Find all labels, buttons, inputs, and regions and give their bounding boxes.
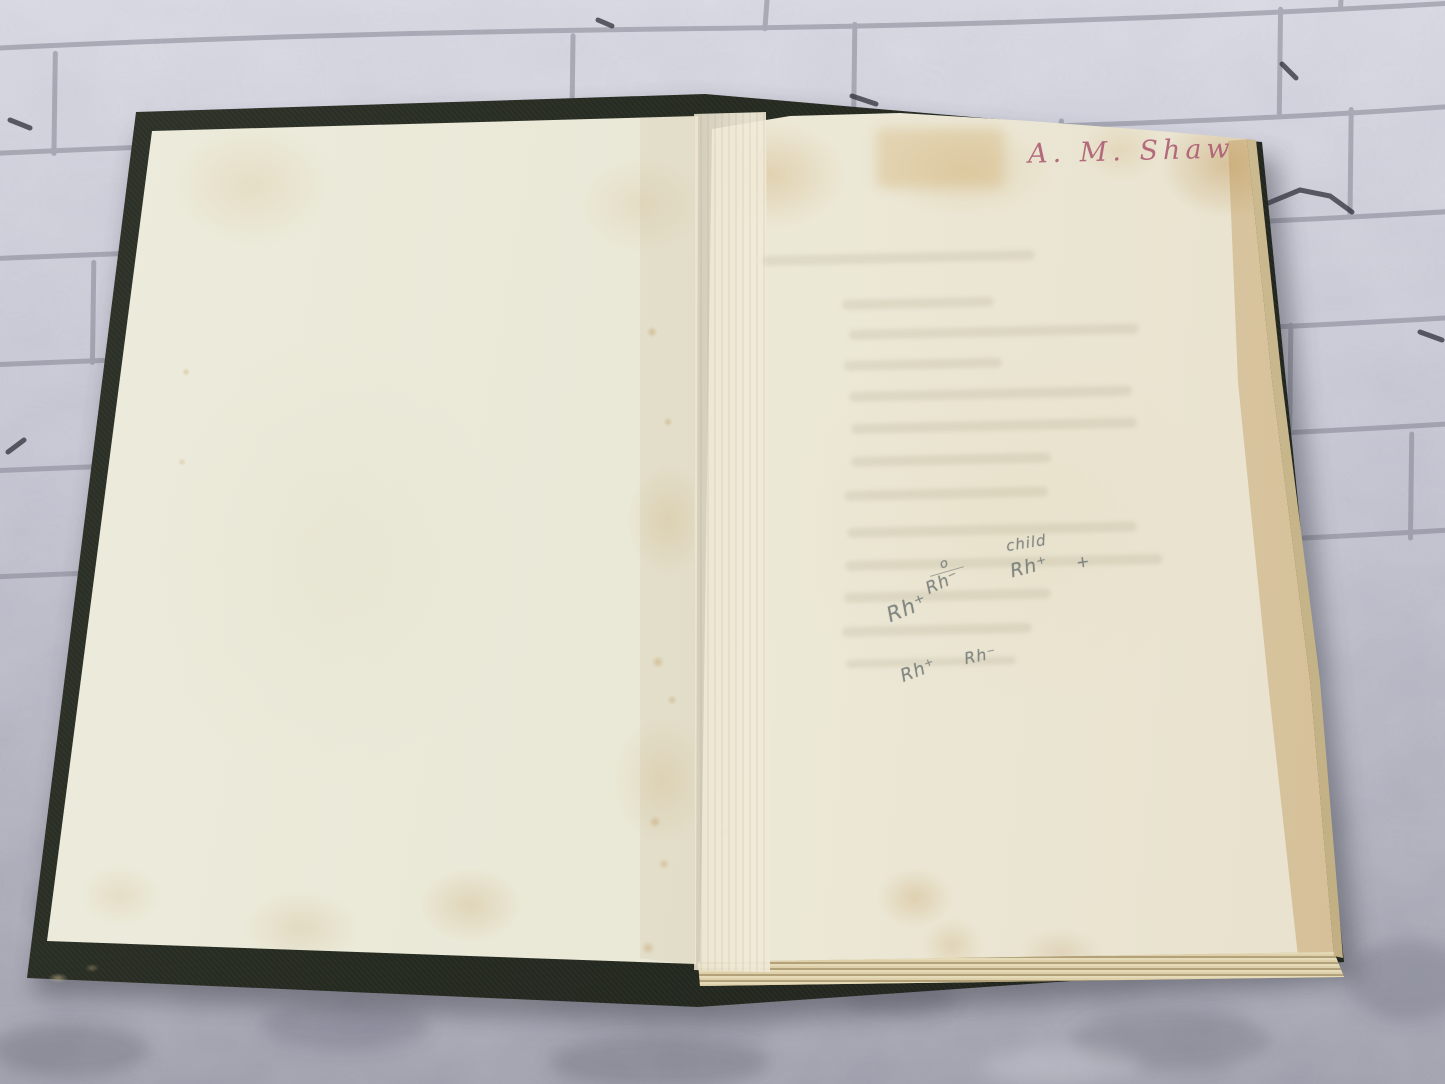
photo-open-book-on-brick: A. M. Shaw child Rh⁺ o Rh⁻ Rh⁺ + Rh⁺ Rh⁻ [0, 0, 1445, 1084]
pencil-note-plus-sign: + [1075, 551, 1092, 572]
tape-stain [876, 128, 1004, 188]
owner-inscription: A. M. Shaw [1028, 133, 1235, 169]
